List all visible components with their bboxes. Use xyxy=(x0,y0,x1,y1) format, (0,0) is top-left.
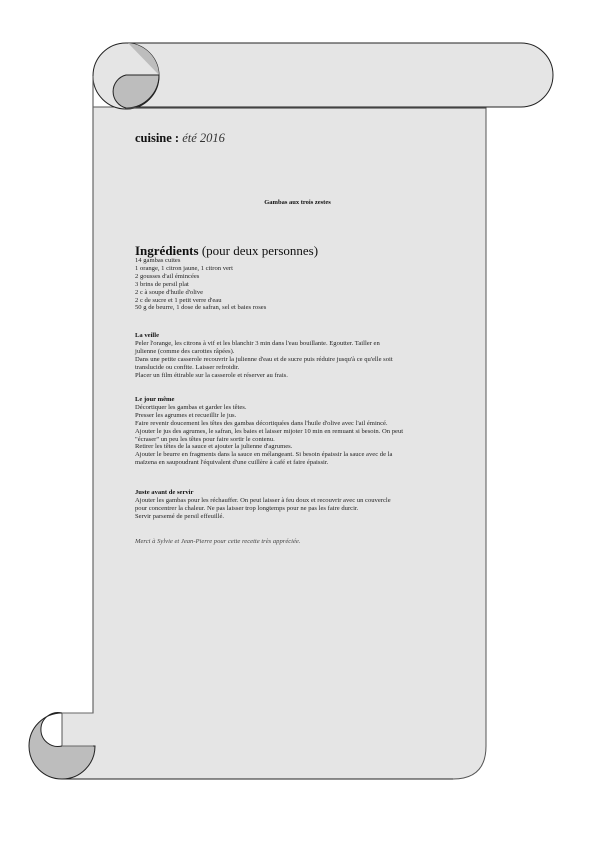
step-line: Ajouter le beurre en fragments dans la s… xyxy=(135,451,465,459)
header-season: été 2016 xyxy=(182,131,225,145)
ingredient-item: 50 g de beurre, 1 dose de safran, sel et… xyxy=(135,304,465,312)
step-line: Décortiquer les gambas et garder les têt… xyxy=(135,404,465,412)
ingredients-subtitle: (pour deux personnes) xyxy=(202,243,318,258)
step-le-jour-meme: Le jour même Décortiquer les gambas et g… xyxy=(135,396,465,467)
step-line: pour concentrer la chaleur. Ne pas laiss… xyxy=(135,505,465,513)
step-juste-avant-de-servir: Juste avant de servir Ajouter les gambas… xyxy=(135,489,465,521)
recipe-title: Gambas aux trois zestes xyxy=(0,199,595,206)
document-header: cuisine : été 2016 xyxy=(135,131,225,146)
step-line: Ajouter les gambas pour les réchauffer. … xyxy=(135,497,465,505)
step-la-veille: La veille Peler l'orange, les citrons à … xyxy=(135,332,465,379)
step-line: Dans une petite casserole recouvrir la j… xyxy=(135,356,465,364)
step-line: Placer un film étirable sur la casserole… xyxy=(135,372,465,380)
step-line: Ajouter le jus des agrumes, le safran, l… xyxy=(135,428,465,436)
step-line: Peler l'orange, les citrons à vif et les… xyxy=(135,340,465,348)
step-title: Le jour même xyxy=(135,396,465,404)
ingredient-item: 1 orange, 1 citron jaune, 1 citron vert xyxy=(135,265,465,273)
ingredients-list: 14 gambas cuites 1 orange, 1 citron jaun… xyxy=(135,257,465,312)
step-line: julienne (comme des carottes râpées). xyxy=(135,348,465,356)
step-line: Presser les agrumes et recueillir le jus… xyxy=(135,412,465,420)
ingredient-item: 2 c à soupe d'huile d'olive xyxy=(135,289,465,297)
step-line: Faire revenir doucement les têtes des ga… xyxy=(135,420,465,428)
step-title: La veille xyxy=(135,332,465,340)
ingredients-title: Ingrédients xyxy=(135,243,199,258)
step-line: translucide ou confite. Laisser refroidi… xyxy=(135,364,465,372)
step-line: Servir parsemé de persil effeuillé. xyxy=(135,513,465,521)
ingredient-item: 3 brins de persil plat xyxy=(135,281,465,289)
ingredient-item: 2 gousses d'ail émincées xyxy=(135,273,465,281)
step-line: maïzena en saupoudrant l'équivalent d'un… xyxy=(135,459,465,467)
ingredient-item: 14 gambas cuites xyxy=(135,257,465,265)
step-line: Retirer les têtes de la sauce et ajouter… xyxy=(135,443,465,451)
step-title: Juste avant de servir xyxy=(135,489,465,497)
scroll-top-roll xyxy=(126,43,553,107)
thanks-note: Merci à Sylvie et Jean-Pierre pour cette… xyxy=(135,538,301,545)
ingredient-item: 2 c de sucre et 1 petit verre d'eau xyxy=(135,297,465,305)
step-line: "écraser" un peu les têtes pour faire so… xyxy=(135,436,465,444)
header-category: cuisine : xyxy=(135,131,179,145)
